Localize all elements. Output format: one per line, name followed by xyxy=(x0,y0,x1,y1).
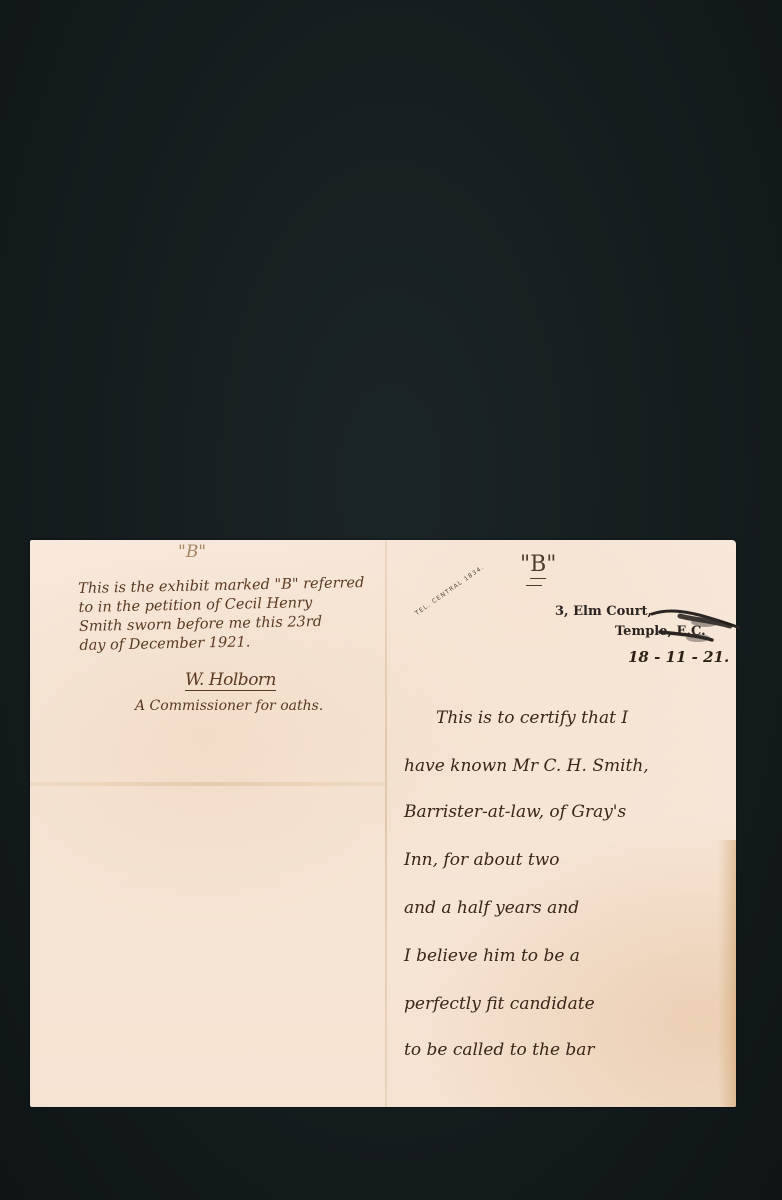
body-line: Barrister-at-law, of Gray's xyxy=(404,802,626,822)
center-fold-line xyxy=(385,540,387,1107)
double-underline xyxy=(526,578,547,586)
edge-stain xyxy=(718,840,736,1107)
exhibit-mark-left: "B" xyxy=(178,542,206,562)
body-line: and a half years and xyxy=(404,898,579,918)
body-line: This is to certify that I xyxy=(436,708,628,728)
body-line: I believe him to be a xyxy=(404,946,580,966)
affidavit-notation: This is the exhibit marked "B" referred … xyxy=(78,574,366,656)
body-line: to be called to the bar xyxy=(404,1040,595,1060)
letterhead-address-line-1: 3, Elm Court, xyxy=(555,604,652,619)
body-line: have known Mr C. H. Smith, xyxy=(404,756,649,776)
commissioner-signature: W. Holborn xyxy=(185,670,276,690)
letter-paper: "B" This is the exhibit marked "B" refer… xyxy=(30,540,736,1107)
letter-date: 18 - 11 - 21. xyxy=(628,648,729,666)
ink-strikethrough-blot xyxy=(650,606,740,646)
exhibit-mark-right-text: "B" xyxy=(520,552,556,577)
commissioner-title: A Commissioner for oaths. xyxy=(135,698,323,714)
exhibit-mark-right: "B" xyxy=(520,552,556,577)
body-line: Inn, for about two xyxy=(404,850,560,870)
telephone-letterhead: TEL. CENTRAL 1834. xyxy=(414,564,486,617)
horizontal-fold-line xyxy=(30,782,385,786)
body-line: perfectly fit candidate xyxy=(404,994,595,1014)
